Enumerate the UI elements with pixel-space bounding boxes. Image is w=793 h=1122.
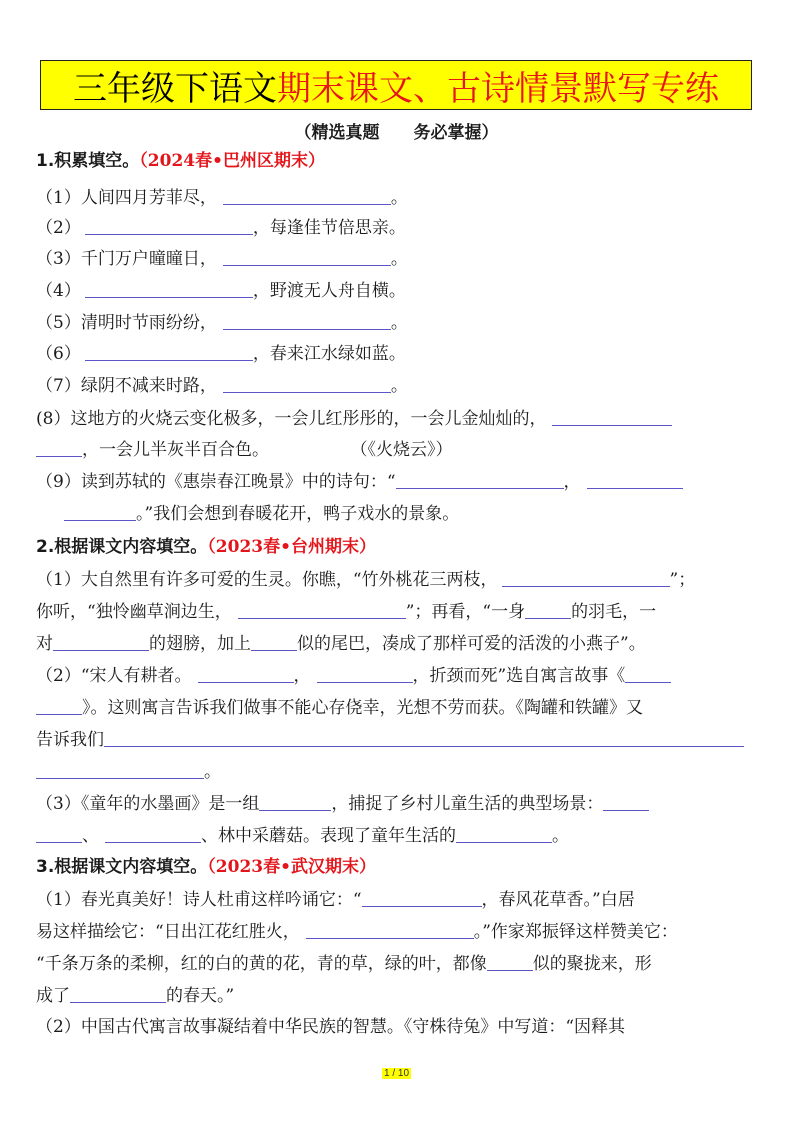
q1-header: 1.积累填空。（2024春•巴州区期末） (36, 150, 325, 172)
item-text: 。 (391, 249, 408, 269)
title-red-part: 期末课文、古诗情景默写专练 (277, 61, 719, 110)
q3-title: 3.根据课文内容填空。 (36, 857, 207, 877)
item-text: 易这样描绘它：“日出江花红胜火， (36, 922, 300, 942)
item-text: 、林中采蘑菇。表现了童年生活的 (201, 826, 456, 846)
item-text: 似的聚拢来，形 (533, 954, 652, 974)
subtitle-left: （精选真题 (295, 123, 380, 143)
answer-blank[interactable] (36, 824, 82, 843)
item-text: 似的尾巴，凑成了那样可爱的活泼的小燕子”。 (297, 634, 646, 654)
q1-item-1: （1）人间四月芳菲尽，。 (36, 186, 408, 209)
q3-item-1-line1: （1）春光真美好！诗人杜甫这样吟诵它：“，春风花草香。”白居 (36, 888, 635, 911)
answer-blank[interactable] (85, 216, 253, 235)
answer-blank[interactable] (552, 407, 672, 426)
answer-blank[interactable] (85, 279, 253, 298)
answer-blank[interactable] (104, 728, 744, 747)
q1-item-7: （7）绿阴不减来时路，。 (36, 374, 408, 397)
answer-blank[interactable] (396, 470, 564, 489)
item-text: 对 (36, 634, 53, 654)
item-text: 人间四月芳菲尽， (81, 188, 217, 208)
q3-header: 3.根据课文内容填空。（2023春•武汉期末） (36, 856, 376, 878)
item-number: （1） (36, 188, 81, 208)
answer-blank[interactable] (306, 920, 474, 939)
item-text: ”； (670, 570, 696, 590)
item-text: ，春风花草香。”白居 (482, 890, 635, 910)
answer-blank[interactable] (587, 470, 683, 489)
answer-blank[interactable] (223, 311, 391, 330)
q1-item-9-line2: 。”我们会想到春暖花开，鸭子戏水的景象。 (64, 502, 459, 525)
item-text: （1）春光真美好！诗人杜甫这样吟诵它：“ (36, 890, 362, 910)
answer-blank[interactable] (603, 792, 649, 811)
item-text: （3）《童年的水墨画》是一组 (36, 794, 259, 814)
item-text: 。 (391, 313, 408, 333)
item-text: （2）中国古代寓言故事凝结着中华民族的智慧。《守株待兔》中写道：“因释其 (36, 1017, 625, 1037)
item-text: ”；再看，“一身 (406, 602, 525, 622)
item-text: 你听，“独怜幽草涧边生， (36, 602, 232, 622)
q2-source: （2023春•台州期末） (207, 537, 376, 557)
answer-blank[interactable] (502, 568, 670, 587)
item-text: ， (294, 666, 311, 686)
q3-source: （2023春•武汉期末） (207, 857, 376, 877)
q1-item-3: （3）千门万户曈曈日，。 (36, 247, 408, 270)
q3-item-1-line4: 成了的春天。” (36, 984, 234, 1007)
q1-item-4: （4），野渡无人舟自横。 (36, 279, 406, 302)
item-text: 。 (391, 188, 408, 208)
answer-blank[interactable] (317, 664, 413, 683)
q1-item-6: （6），春来江水绿如蓝。 (36, 342, 406, 365)
item-text: 。”我们会想到春暖花开，鸭子戏水的景象。 (136, 504, 459, 524)
q2-item-2-line1: （2）“宋人有耕者。，，折颈而死”选自寓言故事《 (36, 664, 671, 687)
item-text: 。 (552, 826, 569, 846)
answer-blank[interactable] (70, 984, 166, 1003)
title-black-part: 三年级下语文 (73, 61, 277, 110)
item-text: 的羽毛，一 (571, 602, 656, 622)
item-text: ，捕捉了乡村儿童生活的典型场景： (331, 794, 603, 814)
q1-item-8-line1: (8）这地方的火烧云变化极多，一会儿红彤彤的，一会儿金灿灿的， (36, 407, 672, 430)
item-number: （7） (36, 376, 81, 396)
item-number: （5） (36, 313, 81, 333)
q1-title: 1.积累填空。 (36, 151, 139, 171)
item-text: 。 (391, 376, 408, 396)
item-text: 成了 (36, 986, 70, 1006)
q2-item-1-line3: 对的翅膀，加上似的尾巴，凑成了那样可爱的活泼的小燕子”。 (36, 632, 646, 655)
answer-blank[interactable] (525, 600, 571, 619)
item-number: （4） (36, 281, 81, 301)
subtitle: （精选真题务必掌握） (0, 118, 793, 143)
answer-blank[interactable] (36, 438, 82, 457)
item-text: 》。这则寓言告诉我们做事不能心存侥幸，光想不劳而获。《陶罐和铁罐》又 (82, 698, 643, 718)
title-banner: 三年级下语文期末课文、古诗情景默写专练 (40, 60, 752, 110)
q1-item-5: （5）清明时节雨纷纷，。 (36, 311, 408, 334)
answer-blank[interactable] (223, 186, 391, 205)
item-text: ，春来江水绿如蓝。 (253, 344, 406, 364)
q1-item-8-line2: ，一会儿半灰半百合色。（《火烧云》） (36, 438, 453, 461)
answer-blank[interactable] (85, 342, 253, 361)
q2-item-3-line2: 、、林中采蘑菇。表现了童年生活的。 (36, 824, 569, 847)
item-text: 绿阴不减来时路， (81, 376, 217, 396)
answer-blank[interactable] (487, 952, 533, 971)
item-text: (8）这地方的火烧云变化极多，一会儿红彤彤的，一会儿金灿灿的， (36, 409, 546, 429)
q2-item-1-line1: （1）大自然里有许多可爱的生灵。你瞧，“竹外桃花三两枝，”； (36, 568, 695, 591)
page-number: 1 / 10 (382, 1068, 411, 1079)
answer-blank[interactable] (36, 696, 82, 715)
q3-item-1-line2: 易这样描绘它：“日出江花红胜火，。”作家郑振铎这样赞美它： (36, 920, 678, 943)
item-text: ，折颈而死”选自寓言故事《 (413, 666, 626, 686)
item-number: （6） (36, 344, 81, 364)
item-text: ， (564, 472, 581, 492)
q1-source: （2024春•巴州区期末） (139, 151, 325, 171)
item-text: 清明时节雨纷纷， (81, 313, 217, 333)
answer-blank[interactable] (238, 600, 406, 619)
item-text: 的翅膀，加上 (149, 634, 251, 654)
item-text: ，每逢佳节倍思亲。 (253, 218, 406, 238)
q2-header: 2.根据课文内容填空。（2023春•台州期末） (36, 536, 376, 558)
q1-item-9-line1: （9）读到苏轼的《惠崇春江晚景》中的诗句：“， (36, 470, 683, 493)
item-text: ，一会儿半灰半百合色。 (82, 440, 269, 460)
q2-item-3-line1: （3）《童年的水墨画》是一组，捕捉了乡村儿童生活的典型场景： (36, 792, 649, 815)
item-text: （9）读到苏轼的《惠崇春江晚景》中的诗句：“ (36, 472, 396, 492)
answer-blank[interactable] (198, 664, 294, 683)
answer-blank[interactable] (223, 374, 391, 393)
answer-blank[interactable] (105, 824, 201, 843)
q3-item-1-line3: “千条万条的柔柳，红的白的黄的花，青的草，绿的叶，都像似的聚拢来，形 (36, 952, 652, 975)
answer-blank[interactable] (362, 888, 482, 907)
q2-item-1-line2: 你听，“独怜幽草涧边生，”；再看，“一身的羽毛，一 (36, 600, 656, 623)
item-text: 、 (82, 826, 99, 846)
item-text: 。 (204, 762, 221, 782)
q2-title: 2.根据课文内容填空。 (36, 537, 207, 557)
q2-item-2-line3: 告诉我们 (36, 728, 744, 751)
answer-blank[interactable] (53, 632, 149, 651)
item-text: （1）大自然里有许多可爱的生灵。你瞧，“竹外桃花三两枝， (36, 570, 498, 590)
q2-item-2-line4: 。 (36, 760, 221, 783)
subtitle-right: 务必掌握） (414, 123, 499, 143)
answer-blank[interactable] (251, 632, 297, 651)
answer-blank[interactable] (223, 247, 391, 266)
item-text: “千条万条的柔柳，红的白的黄的花，青的草，绿的叶，都像 (36, 954, 487, 974)
answer-blank[interactable] (625, 664, 671, 683)
answer-blank[interactable] (36, 760, 204, 779)
item-text: ，野渡无人舟自横。 (253, 281, 406, 301)
answer-blank[interactable] (456, 824, 552, 843)
item-text: 的春天。” (166, 986, 234, 1006)
q2-item-2-line2: 》。这则寓言告诉我们做事不能心存侥幸，光想不劳而获。《陶罐和铁罐》又 (36, 696, 643, 719)
item-text: 千门万户曈曈日， (81, 249, 217, 269)
item-text: （2）“宋人有耕者。 (36, 666, 192, 686)
q1-item-2: （2），每逢佳节倍思亲。 (36, 216, 406, 239)
answer-blank[interactable] (259, 792, 331, 811)
item-text: 。”作家郑振铎这样赞美它： (474, 922, 678, 942)
answer-blank[interactable] (64, 502, 136, 521)
source-reference: （《火烧云》） (359, 440, 453, 460)
item-text: 告诉我们 (36, 730, 104, 750)
item-number: （2） (36, 218, 81, 238)
q3-item-2-line1: （2）中国古代寓言故事凝结着中华民族的智慧。《守株待兔》中写道：“因释其 (36, 1016, 625, 1038)
item-number: （3） (36, 249, 81, 269)
